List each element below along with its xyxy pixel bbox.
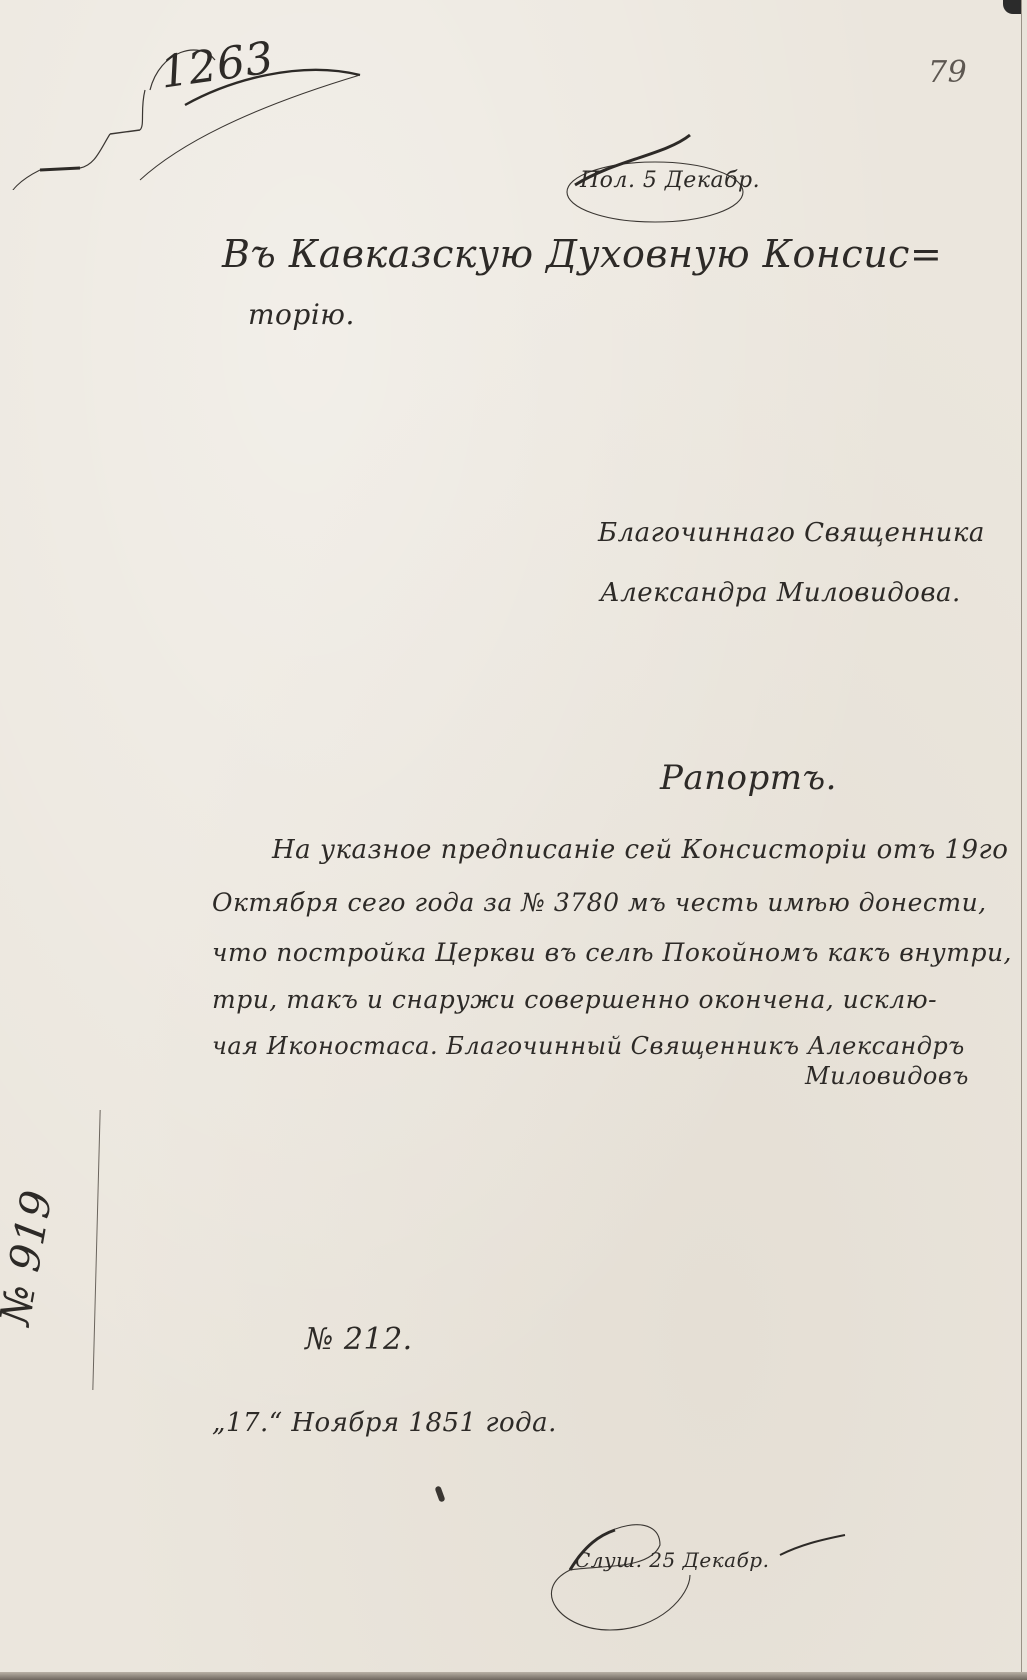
signature: Миловидовъ xyxy=(805,1062,969,1090)
document-date: „17.“ Ноября 1851 года. xyxy=(212,1408,557,1438)
addressee-line-1: Въ Кавказскую Духовную Консис= xyxy=(222,232,942,276)
outgoing-number: № 212. xyxy=(305,1322,413,1357)
received-note: Пол. 5 Декабр. xyxy=(580,168,760,193)
bottom-note-loop-icon xyxy=(540,1515,860,1635)
sender-line-2: Александра Миловидова. xyxy=(600,578,961,608)
body-line-4: три, такъ и снаружи совершенно окончена,… xyxy=(212,985,937,1014)
body-line-2: Октября сего года за № 3780 мъ честь имѣ… xyxy=(212,888,987,917)
scan-corner-shadow xyxy=(1003,0,1021,14)
folio-number: 79 xyxy=(928,55,967,90)
body-line-3: что постройка Церкви въ селѣ Покойномъ к… xyxy=(212,938,1012,967)
document-page: 1263 79 Пол. 5 Декабр. Въ Кавказскую Дух… xyxy=(0,0,1022,1672)
report-heading: Рапортъ. xyxy=(660,758,837,798)
sender-line-1: Благочиннаго Священника xyxy=(598,518,985,548)
margin-rule xyxy=(92,1110,100,1390)
margin-number: № 919 xyxy=(0,1186,62,1328)
body-line-5: чая Иконостаса. Благочинный Священникъ А… xyxy=(212,1032,965,1060)
ink-blot xyxy=(434,1485,445,1502)
bottom-note: Слуш. 25 Декабр. xyxy=(575,1548,769,1572)
addressee-line-2: торію. xyxy=(248,298,355,331)
scan-bottom-edge xyxy=(0,1672,1027,1680)
body-line-1: На указное предписаніе сей Консисторіи о… xyxy=(272,835,1008,865)
